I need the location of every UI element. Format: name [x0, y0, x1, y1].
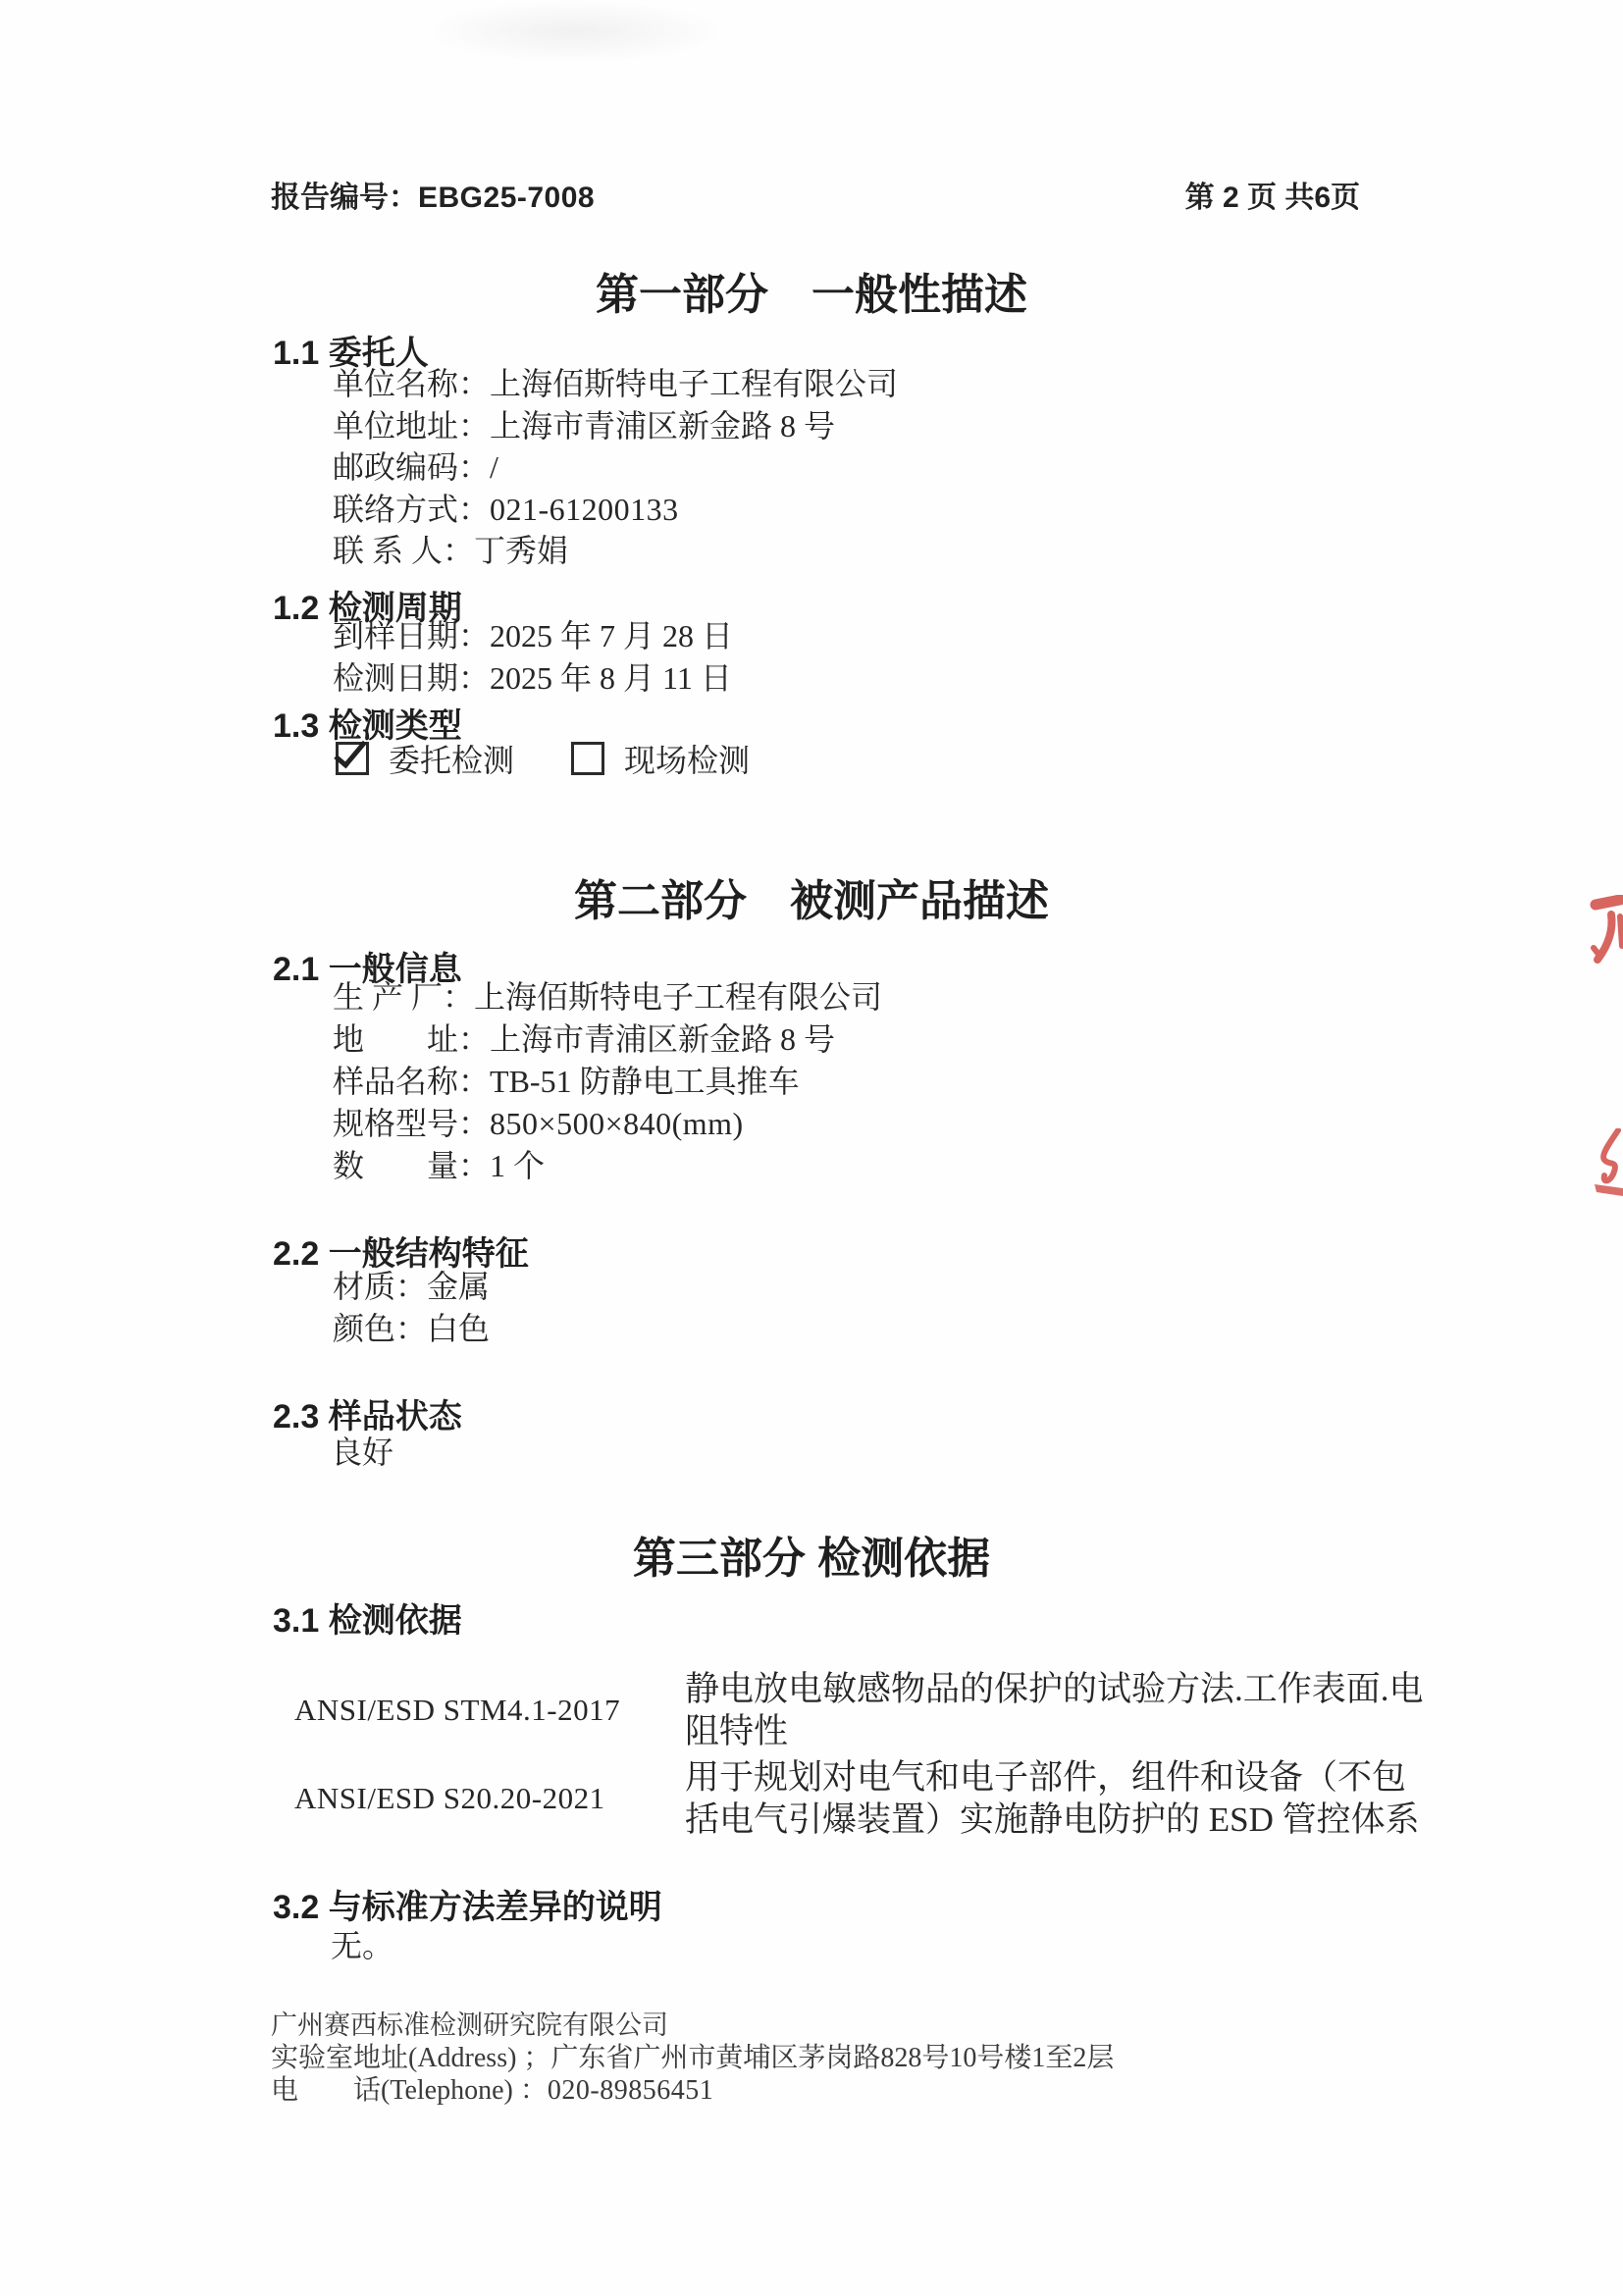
field-row-postal-code: 邮政编码：/ — [333, 446, 898, 489]
page-header: 报告编号：EBG25-7008 第 2 页 共6页 — [271, 173, 1360, 216]
field-value: 金属 — [427, 1269, 490, 1304]
lab-company: 广州赛西标准检测研究院有限公司 — [271, 2009, 1114, 2042]
client-info-fields: 单位名称：上海佰斯特电子工程有限公司 单位地址：上海市青浦区新金路 8 号 邮政… — [333, 363, 898, 572]
option-label-commission: 委托检测 — [389, 736, 514, 781]
field-row-color: 颜色：白色 — [333, 1308, 490, 1350]
field-value: 850×500×840(mm) — [490, 1106, 744, 1141]
field-row-company-address: 单位地址：上海市青浦区新金路 8 号 — [333, 405, 898, 447]
field-label: 联络方式： — [333, 492, 490, 527]
field-label: 数 量： — [333, 1148, 490, 1183]
test-type-options: 委托检测 现场检测 — [336, 736, 750, 781]
lab-address: 实验室地址(Address) ；广东省广州市黄埔区茅岗路828号10号楼1至2层 — [271, 2042, 1114, 2074]
field-value: / — [490, 449, 498, 485]
page-indicator: 第 2 页 共6页 — [1185, 173, 1360, 216]
document-page: 报告编号：EBG25-7008 第 2 页 共6页 第一部分 一般性描述 1.1… — [0, 0, 1623, 2296]
field-value: 上海佰斯特电子工程有限公司 — [474, 979, 882, 1015]
standard-row-2: ANSI/ESD S20.20-2021 用于规划对电气和电子部件，组件和设备（… — [294, 1756, 1442, 1841]
option-onsite-test: 现场检测 — [571, 736, 750, 781]
field-value: 1 个 — [490, 1148, 545, 1183]
field-label: 单位名称： — [333, 366, 490, 401]
field-label: 邮政编码： — [333, 449, 490, 485]
field-row-spec-model: 规格型号：850×500×840(mm) — [333, 1103, 882, 1145]
report-number-value: EBG25-7008 — [418, 182, 595, 214]
field-value: 上海市青浦区新金路 8 号 — [490, 408, 835, 444]
structure-fields: 材质：金属 颜色：白色 — [333, 1266, 490, 1350]
report-number-label: 报告编号： — [271, 182, 418, 214]
deviation-statement: 无。 — [331, 1921, 393, 1966]
general-info-fields: 生 产 厂：上海佰斯特电子工程有限公司 地 址：上海市青浦区新金路 8 号 样品… — [333, 976, 882, 1187]
field-value: TB-51 防静电工具推车 — [490, 1064, 800, 1099]
lab-footer: 广州赛西标准检测研究院有限公司 实验室地址(Address) ；广东省广州市黄埔… — [271, 2009, 1114, 2107]
field-label: 检测日期： — [333, 660, 490, 696]
red-stamp-fragment-top — [1590, 895, 1623, 973]
field-label: 生 产 厂： — [333, 979, 474, 1015]
standard-description: 用于规划对电气和电子部件，组件和设备（不包括电气引爆装置）实施静电防护的 ESD… — [685, 1756, 1431, 1841]
field-value: 2025 年 7 月 28 日 — [490, 618, 733, 653]
field-row-contact-method: 联络方式：021-61200133 — [333, 489, 898, 531]
field-row-address: 地 址：上海市青浦区新金路 8 号 — [333, 1018, 882, 1061]
field-row-manufacturer: 生 产 厂：上海佰斯特电子工程有限公司 — [333, 976, 882, 1018]
option-commission-test: 委托检测 — [336, 736, 514, 781]
standard-row-1: ANSI/ESD STM4.1-2017 静电放电敏感物品的保护的试验方法.工作… — [294, 1668, 1442, 1752]
part2-title: 第二部分 被测产品描述 — [0, 865, 1623, 928]
field-row-test-date: 检测日期：2025 年 8 月 11 日 — [333, 657, 733, 700]
test-period-fields: 到样日期：2025 年 7 月 28 日 检测日期：2025 年 8 月 11 … — [333, 615, 733, 699]
sample-status-value: 良好 — [331, 1428, 393, 1473]
standards-table: ANSI/ESD STM4.1-2017 静电放电敏感物品的保护的试验方法.工作… — [294, 1668, 1442, 1845]
field-value: 2025 年 8 月 11 日 — [490, 660, 732, 696]
standard-code: ANSI/ESD STM4.1-2017 — [294, 1693, 685, 1728]
report-number: 报告编号：EBG25-7008 — [271, 173, 595, 216]
scan-smudge — [422, 0, 726, 63]
field-label: 到样日期： — [333, 618, 490, 653]
field-value: 上海市青浦区新金路 8 号 — [490, 1021, 835, 1057]
field-label: 规格型号： — [333, 1106, 490, 1141]
field-row-quantity: 数 量：1 个 — [333, 1145, 882, 1187]
field-row-sample-date: 到样日期：2025 年 7 月 28 日 — [333, 615, 733, 657]
field-row-contact-person: 联 系 人：丁秀娟 — [333, 530, 898, 572]
red-stamp-fragment-bottom — [1592, 1128, 1623, 1199]
field-row-sample-name: 样品名称：TB-51 防静电工具推车 — [333, 1061, 882, 1103]
lab-phone-value: 020-89856451 — [548, 2075, 713, 2106]
lab-phone: 电 话(Telephone) ：020-89856451 — [271, 2074, 1114, 2107]
section-3-1-heading: 3.1 检测依据 — [273, 1593, 462, 1642]
field-label: 样品名称： — [333, 1064, 490, 1099]
checkbox-onsite-test[interactable] — [571, 742, 604, 775]
field-value: 021-61200133 — [490, 492, 679, 527]
field-value: 白色 — [427, 1311, 490, 1346]
standard-description: 静电放电敏感物品的保护的试验方法.工作表面.电阻特性 — [685, 1668, 1431, 1752]
lab-address-value: 广东省广州市黄埔区茅岗路828号10号楼1至2层 — [550, 2043, 1114, 2073]
field-value: 丁秀娟 — [474, 533, 568, 568]
field-row-company-name: 单位名称：上海佰斯特电子工程有限公司 — [333, 363, 898, 405]
field-row-material: 材质：金属 — [333, 1266, 490, 1308]
field-label: 地 址： — [333, 1021, 490, 1057]
field-label: 单位地址： — [333, 408, 490, 444]
part3-title: 第三部分 检测依据 — [0, 1523, 1623, 1586]
standard-code: ANSI/ESD S20.20-2021 — [294, 1781, 685, 1816]
field-label: 颜色： — [333, 1311, 427, 1346]
lab-phone-label: 电 话(Telephone) ： — [271, 2075, 548, 2106]
checkbox-commission-test[interactable] — [336, 742, 369, 775]
option-label-onsite: 现场检测 — [624, 736, 750, 781]
lab-address-label: 实验室地址(Address) ； — [271, 2043, 550, 2073]
field-value: 上海佰斯特电子工程有限公司 — [490, 366, 898, 401]
field-label: 材质： — [333, 1269, 427, 1304]
field-label: 联 系 人： — [333, 533, 474, 568]
part1-title: 第一部分 一般性描述 — [0, 259, 1623, 322]
